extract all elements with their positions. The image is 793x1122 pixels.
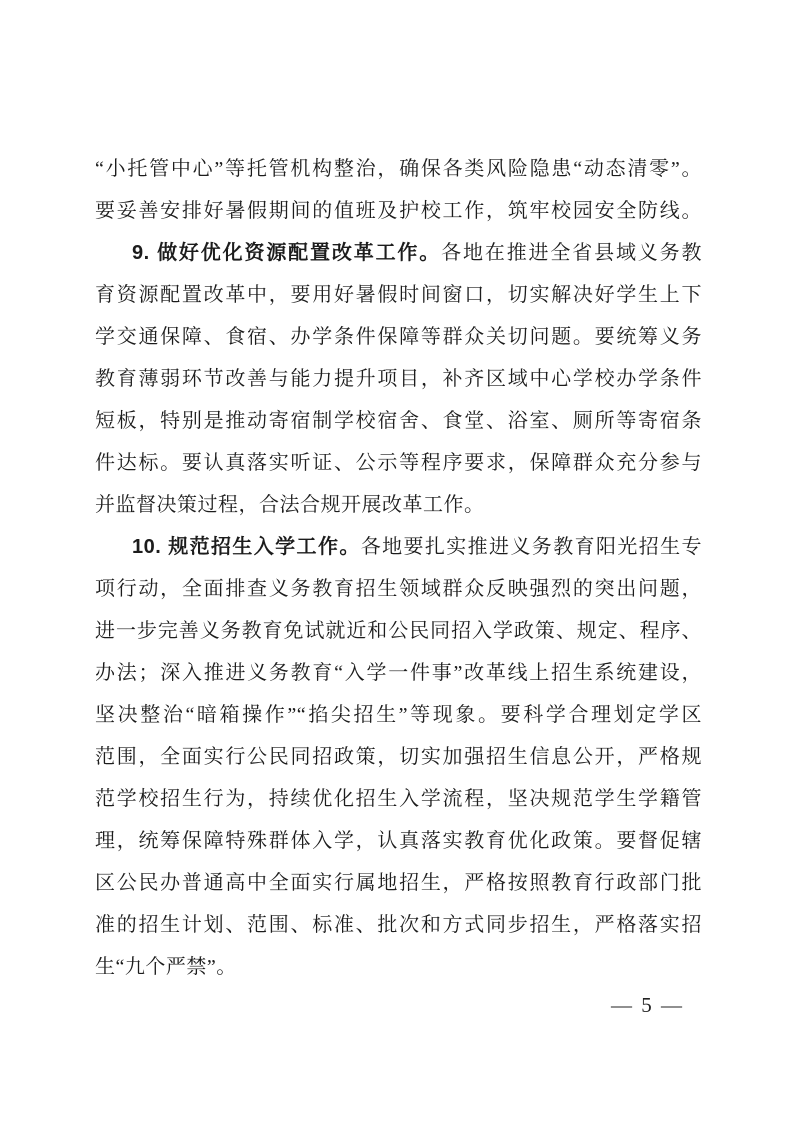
line-text: 育资源配置改革中，要用好暑假时间窗口，切实解决好学生上下 — [95, 284, 702, 306]
line-text: 办法；深入推进义务教育“入学一件事”改革线上招生系统建设， — [95, 662, 702, 684]
line-text: 件达标。要认真落实听证、公示等程序要求，保障群众充分参与 — [95, 452, 702, 474]
text-line: “小托管中心”等托管机构整治，确保各类风险隐患“动态清零”。 — [95, 148, 702, 190]
section-heading: 10. 规范招生入学工作。 — [132, 536, 361, 558]
text-line: 坚决整治“暗箱操作”“掐尖招生”等现象。要科学合理划定学区 — [95, 694, 702, 736]
text-line: 范围，全面实行公民同招政策，切实加强招生信息公开，严格规 — [95, 736, 702, 778]
text-line: 理，统筹保障特殊群体入学，认真落实教育优化政策。要督促辖 — [95, 820, 702, 862]
line-text: “小托管中心”等托管机构整治，确保各类风险隐患“动态清零”。 — [95, 158, 702, 180]
line-text: 范围，全面实行公民同招政策，切实加强招生信息公开，严格规 — [95, 746, 702, 768]
text-line: 准的招生计划、范围、标准、批次和方式同步招生，严格落实招 — [95, 904, 702, 946]
text-line: 件达标。要认真落实听证、公示等程序要求，保障群众充分参与 — [95, 442, 702, 484]
line-text: 项行动，全面排查义务教育招生领域群众反映强烈的突出问题， — [95, 578, 702, 600]
line-text: 生“九个严禁”。 — [95, 956, 237, 978]
line-text: 学交通保障、食宿、办学条件保障等群众关切问题。要统筹义务 — [95, 326, 702, 348]
text-line-paragraph-end: 生“九个严禁”。 — [95, 946, 702, 988]
line-text: 各地要扎实推进义务教育阳光招生专 — [361, 536, 702, 558]
text-line: 范学校招生行为，持续优化招生入学流程，坚决规范学生学籍管 — [95, 778, 702, 820]
text-line: 短板，特别是推动寄宿制学校宿舍、食堂、浴室、厕所等寄宿条 — [95, 400, 702, 442]
text-line: 要妥善安排好暑假期间的值班及护校工作，筑牢校园安全防线。 — [95, 190, 702, 232]
line-text: 区公民办普通高中全面实行属地招生，严格按照教育行政部门批 — [95, 872, 702, 894]
line-text: 各地在推进全省县域义务教 — [441, 242, 702, 264]
text-line-section-9-start: 9. 做好优化资源配置改革工作。各地在推进全省县域义务教 — [95, 232, 702, 274]
text-line-paragraph-end: 并监督决策过程，合法合规开展改革工作。 — [95, 484, 702, 526]
line-text: 进一步完善义务教育免试就近和公民同招入学政策、规定、程序、 — [95, 620, 702, 642]
text-line: 学交通保障、食宿、办学条件保障等群众关切问题。要统筹义务 — [95, 316, 702, 358]
document-body: “小托管中心”等托管机构整治，确保各类风险隐患“动态清零”。 要妥善安排好暑假期… — [95, 148, 702, 988]
line-text: 并监督决策过程，合法合规开展改革工作。 — [95, 494, 485, 516]
section-heading: 9. 做好优化资源配置改革工作。 — [132, 242, 441, 264]
line-text: 理，统筹保障特殊群体入学，认真落实教育优化政策。要督促辖 — [95, 830, 702, 852]
page-number: — 5 — — [95, 990, 702, 1020]
text-line: 办法；深入推进义务教育“入学一件事”改革线上招生系统建设， — [95, 652, 702, 694]
text-line: 育资源配置改革中，要用好暑假时间窗口，切实解决好学生上下 — [95, 274, 702, 316]
line-text: 坚决整治“暗箱操作”“掐尖招生”等现象。要科学合理划定学区 — [95, 704, 702, 726]
text-line: 教育薄弱环节改善与能力提升项目，补齐区域中心学校办学条件 — [95, 358, 702, 400]
text-line-section-10-start: 10. 规范招生入学工作。各地要扎实推进义务教育阳光招生专 — [95, 526, 702, 568]
text-line: 项行动，全面排查义务教育招生领域群众反映强烈的突出问题， — [95, 568, 702, 610]
document-page: “小托管中心”等托管机构整治，确保各类风险隐患“动态清零”。 要妥善安排好暑假期… — [0, 0, 793, 1122]
line-text: 教育薄弱环节改善与能力提升项目，补齐区域中心学校办学条件 — [95, 368, 702, 390]
line-text: 要妥善安排好暑假期间的值班及护校工作，筑牢校园安全防线。 — [95, 200, 702, 222]
line-text: 准的招生计划、范围、标准、批次和方式同步招生，严格落实招 — [95, 914, 702, 936]
line-text: 短板，特别是推动寄宿制学校宿舍、食堂、浴室、厕所等寄宿条 — [95, 410, 702, 432]
text-line: 进一步完善义务教育免试就近和公民同招入学政策、规定、程序、 — [95, 610, 702, 652]
text-line: 区公民办普通高中全面实行属地招生，严格按照教育行政部门批 — [95, 862, 702, 904]
line-text: 范学校招生行为，持续优化招生入学流程，坚决规范学生学籍管 — [95, 788, 702, 810]
